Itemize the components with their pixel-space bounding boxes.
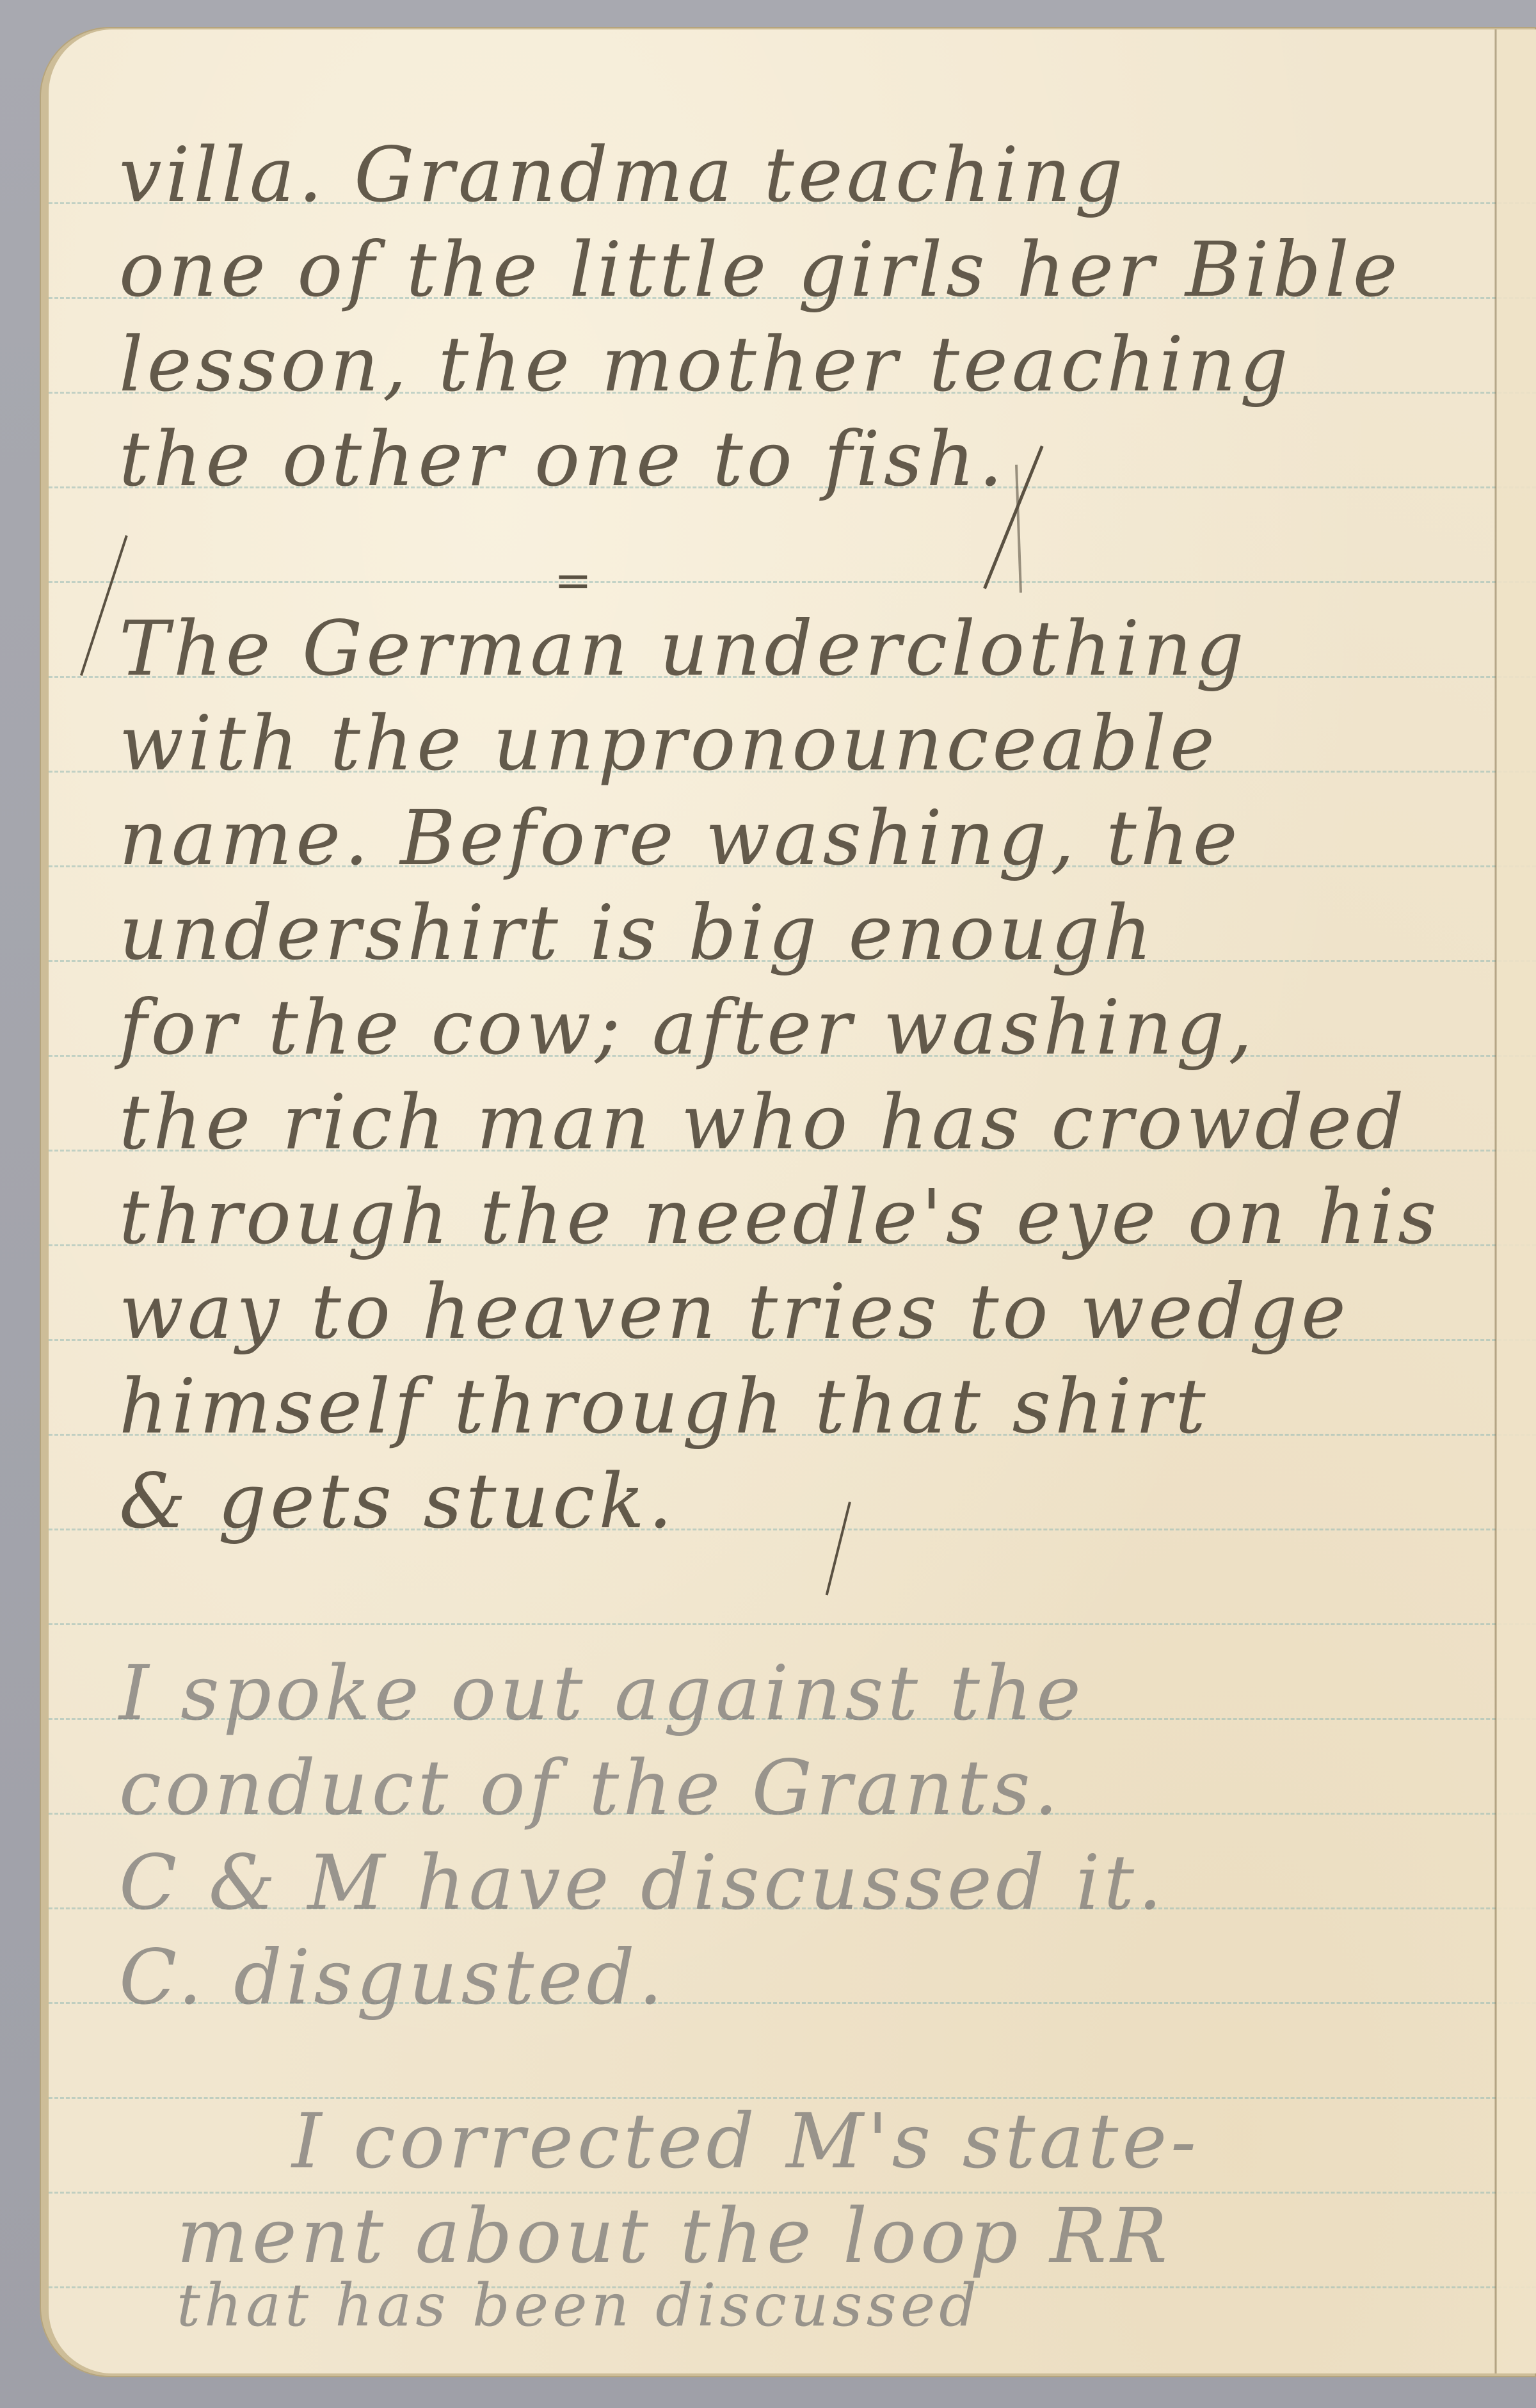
ink-line: undershirt is big enough [119,895,1156,970]
pencil-line: ment about the loop RR [177,2198,1171,2274]
ink-line: name. Before washing, the [119,800,1242,876]
ink-line: way to heaven tries to wedge [119,1274,1350,1349]
slash-mark [826,1502,851,1596]
pencil-line: C. disgusted. [119,1939,666,2015]
ruled-line [49,1623,1536,1625]
pencil-line: I spoke out against the [119,1655,1085,1731]
ink-line: one of the little girls her Bible [119,232,1402,307]
ink-line: lesson, the mother teaching [119,326,1292,402]
ink-line: villa. Grandma teaching [119,137,1127,213]
ink-line: with the unpronounceable [119,705,1219,781]
ink-line: the other one to fish. [119,421,1007,497]
ink-line: himself through that shirt [119,1369,1210,1444]
binding-gutter [1494,29,1497,2373]
ruled-line [49,581,1536,583]
pencil-line: I corrected M's state- [292,2103,1200,2179]
ink-line: for the cow; after washing, [119,990,1256,1065]
pencil-line: C & M have discussed it. [119,1845,1166,1920]
check-mark-stem [1015,465,1022,593]
pencil-line: conduct of the Grants. [119,1750,1062,1826]
ink-line: The German underclothing [119,611,1248,686]
ink-line: the rich man who has crowded [119,1084,1408,1160]
ink-line: & gets stuck. [119,1463,676,1539]
separator-mark: = [554,554,592,607]
facing-page-edge [1497,29,1536,2373]
notebook-page: villa. Grandma teaching one of the littl… [49,29,1536,2373]
pencil-line: that has been discussed [177,2276,980,2335]
ink-line: through the needle's eye on his [119,1179,1441,1255]
